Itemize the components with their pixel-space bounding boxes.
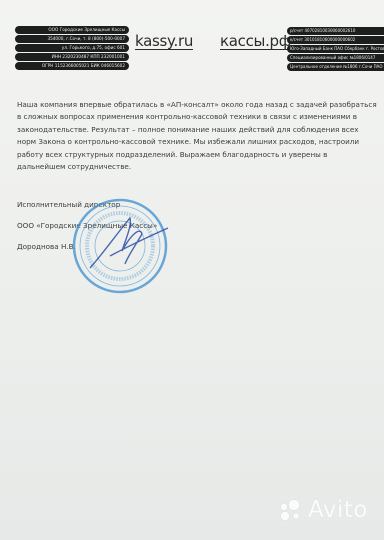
letter-body: Наша компания впервые обратилась в «АП-к… bbox=[17, 99, 377, 173]
requisite-bank: Юго-Западный Банк ПАО Сбербанк г. Ростов… bbox=[287, 45, 384, 53]
requisite-inn-kpp: ИНН 2320230487 КПП 232001001 bbox=[15, 53, 129, 61]
bank-requisites-right: р/счет 40702810030060002610 к/счет 30101… bbox=[287, 27, 384, 72]
requisite-company-name: ООО Городские Зрелищные Кассы bbox=[15, 26, 129, 34]
requisite-address-phone: 354000, г.Сочи, т. 8 (800)-500-0007 bbox=[15, 35, 129, 43]
requisite-ogrn-bik: ОГРН 1152366005021 БИК 046015602 bbox=[15, 62, 129, 70]
signature-name: Дороднова Н.В. bbox=[17, 242, 76, 251]
requisite-branch: Центральное отделение №1806 г.Сочи ПАО С… bbox=[287, 63, 384, 71]
company-stamp-icon bbox=[70, 196, 170, 296]
requisite-office: Специализированный офис №1806/0147 bbox=[287, 54, 384, 62]
avito-logo-icon bbox=[278, 499, 304, 521]
letter-page: ООО Городские Зрелищные Кассы 354000, г.… bbox=[0, 0, 384, 540]
logo-kassy-ru: kassy.ru bbox=[135, 34, 193, 50]
avito-watermark: Avito bbox=[278, 497, 368, 523]
requisite-corr-account: к/счет 30101810600000000602 bbox=[287, 36, 384, 44]
avito-text: Avito bbox=[308, 497, 368, 523]
company-requisites-left: ООО Городские Зрелищные Кассы 354000, г.… bbox=[15, 26, 129, 71]
requisite-street: ул. Горького, д.75, офис 601 bbox=[15, 44, 129, 52]
logo-kassy-rf: кассы.рф bbox=[220, 34, 291, 50]
requisite-account: р/счет 40702810030060002610 bbox=[287, 27, 384, 35]
